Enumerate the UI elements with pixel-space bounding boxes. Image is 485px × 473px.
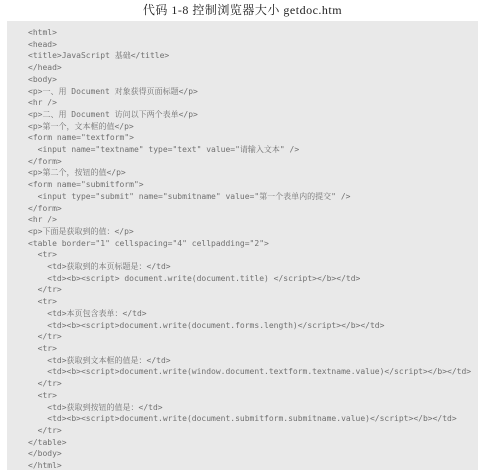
code-line: </form> — [28, 203, 472, 215]
code-line: <tr> — [28, 249, 472, 261]
code-line: <hr /> — [28, 97, 472, 109]
code-line: <body> — [28, 74, 472, 86]
code-line: <hr /> — [28, 214, 472, 226]
code-line: <p>第一个，文本框的值</p> — [28, 121, 472, 133]
code-line: <td><b><script>document.write(document.f… — [28, 320, 472, 332]
code-line: <form name="submitform"> — [28, 179, 472, 191]
code-line: </form> — [28, 156, 472, 168]
code-line: <input name="textname" type="text" value… — [28, 144, 472, 156]
code-line: <p>一、用 Document 对象获得页面标题</p> — [28, 86, 472, 98]
code-line: </tr> — [28, 378, 472, 390]
code-line: <td>获取到文本框的值是：</td> — [28, 355, 472, 367]
code-line: </table> — [28, 437, 472, 449]
code-line: </tr> — [28, 284, 472, 296]
code-line: </tr> — [28, 331, 472, 343]
code-line: <p>二、用 Document 访问以下两个表单</p> — [28, 109, 472, 121]
code-line: <p>第二个，按钮的值</p> — [28, 167, 472, 179]
code-line: <td><b><script>document.write(document.s… — [28, 413, 472, 425]
code-line: <tr> — [28, 390, 472, 402]
code-line: <tr> — [28, 343, 472, 355]
code-block: <html><head><title>JavaScript 基础</title>… — [7, 21, 478, 470]
code-line: <html> — [28, 27, 472, 39]
code-line: </body> — [28, 448, 472, 460]
code-line: <td>本页包含表单：</td> — [28, 308, 472, 320]
code-line: <form name="textform"> — [28, 132, 472, 144]
code-line: <td><b><script>document.write(window.doc… — [28, 366, 472, 378]
code-listing-caption: 代码 1-8 控制浏览器大小 getdoc.htm — [0, 3, 485, 18]
code-line: <td>获取到按钮的值是：</td> — [28, 402, 472, 414]
code-line: <tr> — [28, 296, 472, 308]
code-line: <td>获取到的本页标题是：</td> — [28, 261, 472, 273]
code-line: <td><b><script> document.write(document.… — [28, 273, 472, 285]
code-line: <head> — [28, 39, 472, 51]
code-line: <title>JavaScript 基础</title> — [28, 50, 472, 62]
code-line: <input type="submit" name="submitname" v… — [28, 191, 472, 203]
code-line: </head> — [28, 62, 472, 74]
code-line: <p>下面是获取到的值：</p> — [28, 226, 472, 238]
code-line: <table border="1" cellspacing="4" cellpa… — [28, 238, 472, 250]
code-line: </tr> — [28, 425, 472, 437]
code-line: </html> — [28, 460, 472, 470]
book-page: 代码 1-8 控制浏览器大小 getdoc.htm <html><head><t… — [0, 0, 485, 473]
